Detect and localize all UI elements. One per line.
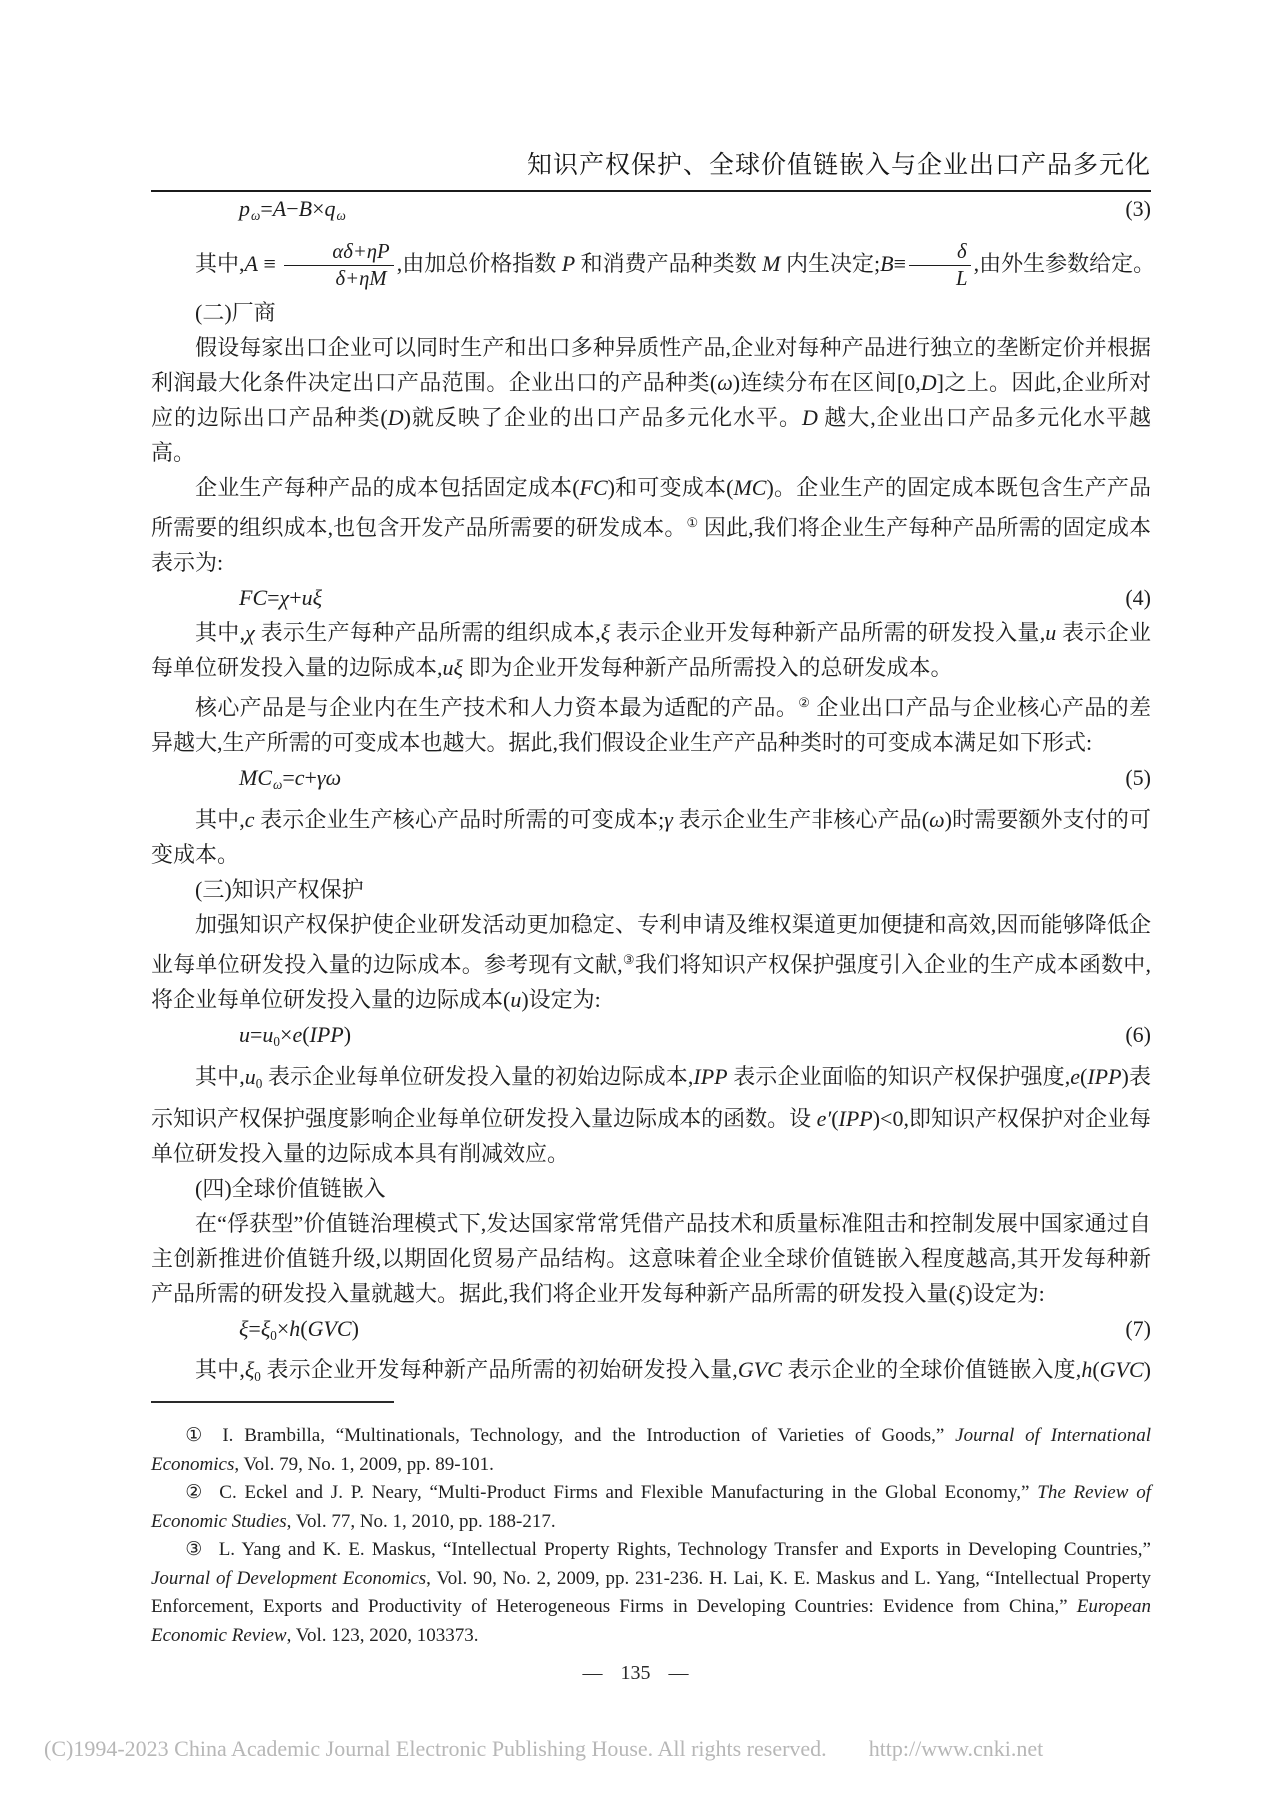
equation-formula: u=u0×e(IPP) [151, 1017, 351, 1059]
page-number-dash-left: — [583, 1662, 603, 1684]
footnote-rule [151, 1401, 394, 1403]
paragraph-production-cost: 企业生产每种产品的成本包括固定成本(FC)和可变成本(MC)。企业生产的固定成本… [151, 470, 1151, 580]
section-heading-gvc: (四)全球价值链嵌入 [151, 1171, 1151, 1206]
page-number-value: 135 [621, 1662, 651, 1684]
fraction: δL [909, 240, 971, 292]
copyright-text: (C)1994-2023 China Academic Journal Elec… [44, 1736, 827, 1761]
paragraph-ipr-terms: 其中,u0 表示企业每单位研发投入量的初始边际成本,IPP 表示企业面临的知识产… [151, 1059, 1151, 1171]
section-heading-ipr: (三)知识产权保护 [151, 872, 1151, 907]
paragraph-variable-cost-terms: 其中,c 表示企业生产核心产品时所需的可变成本;γ 表示企业生产非核心产品(ω)… [151, 802, 1151, 872]
equation-formula: MCω=c+γω [151, 760, 341, 802]
paragraph-core-product: 核心产品是与企业内在生产技术和人力资本最为适配的产品。② 企业出口产品与企业核心… [151, 685, 1151, 760]
paragraph-fixed-cost-terms: 其中,χ 表示生产每种产品所需的组织成本,ξ 表示企业开发每种新产品所需的研发投… [151, 615, 1151, 685]
footnote-1: ①I. Brambilla, “Multinationals, Technolo… [151, 1422, 1151, 1479]
footnote-section: ①I. Brambilla, “Multinationals, Technolo… [151, 1401, 1151, 1650]
equation-3: pω=A−B×qω (3) [151, 191, 1151, 233]
equation-number: (6) [1125, 1017, 1151, 1052]
equation-number: (7) [1125, 1311, 1151, 1346]
journal-page: 知识产权保护、全球价值链嵌入与企业出口产品多元化 pω=A−B×qω (3) 其… [0, 0, 1271, 1797]
cnki-url: http://www.cnki.net [869, 1736, 1044, 1761]
page-number-dash-right: — [669, 1662, 689, 1684]
running-head: 知识产权保护、全球价值链嵌入与企业出口产品多元化 [151, 150, 1151, 192]
article-body: pω=A−B×qω (3) 其中,A ≡ αδ+ηPδ+ηM,由加总价格指数 P… [151, 191, 1151, 1398]
fraction: αδ+ηPδ+ηM [284, 240, 393, 292]
footnote-2: ②C. Eckel and J. P. Neary, “Multi-Produc… [151, 1479, 1151, 1536]
equation-3-explanation: 其中,A ≡ αδ+ηPδ+ηM,由加总价格指数 P 和消费产品种类数 M 内生… [151, 233, 1151, 295]
running-head-title: 知识产权保护、全球价值链嵌入与企业出口产品多元化 [151, 150, 1151, 182]
equation-4: FC=χ+uξ (4) [151, 580, 1151, 615]
equation-6: u=u0×e(IPP) (6) [151, 1017, 1151, 1059]
equation-formula: pω=A−B×qω [151, 191, 346, 233]
paragraph-gvc-terms: 其中,ξ0 表示企业开发每种新产品所需的初始研发投入量,GVC 表示企业的全球价… [151, 1352, 1151, 1398]
paragraph-firm-products: 假设每家出口企业可以同时生产和出口多种异质性产品,企业对每种产品进行独立的垄断定… [151, 330, 1151, 470]
footnote-3: ③L. Yang and K. E. Maskus, “Intellectual… [151, 1536, 1151, 1650]
section-heading-firms: (二)厂商 [151, 295, 1151, 330]
equation-formula: FC=χ+uξ [151, 580, 322, 615]
page-number: —135— [0, 1662, 1271, 1685]
equation-number: (5) [1125, 760, 1151, 795]
equation-5: MCω=c+γω (5) [151, 760, 1151, 802]
paragraph-gvc-embedding: 在“俘获型”价值链治理模式下,发达国家常常凭借产品技术和质量标准阻击和控制发展中… [151, 1206, 1151, 1311]
equation-7: ξ=ξ0×h(GVC) (7) [151, 1311, 1151, 1353]
copyright-footer: (C)1994-2023 China Academic Journal Elec… [44, 1736, 1043, 1762]
equation-formula: ξ=ξ0×h(GVC) [151, 1311, 359, 1353]
equation-number: (3) [1125, 191, 1151, 226]
paragraph-ipr-protection: 加强知识产权保护使企业研发活动更加稳定、专利申请及维权渠道更加便捷和高效,因而能… [151, 907, 1151, 1017]
equation-number: (4) [1125, 580, 1151, 615]
